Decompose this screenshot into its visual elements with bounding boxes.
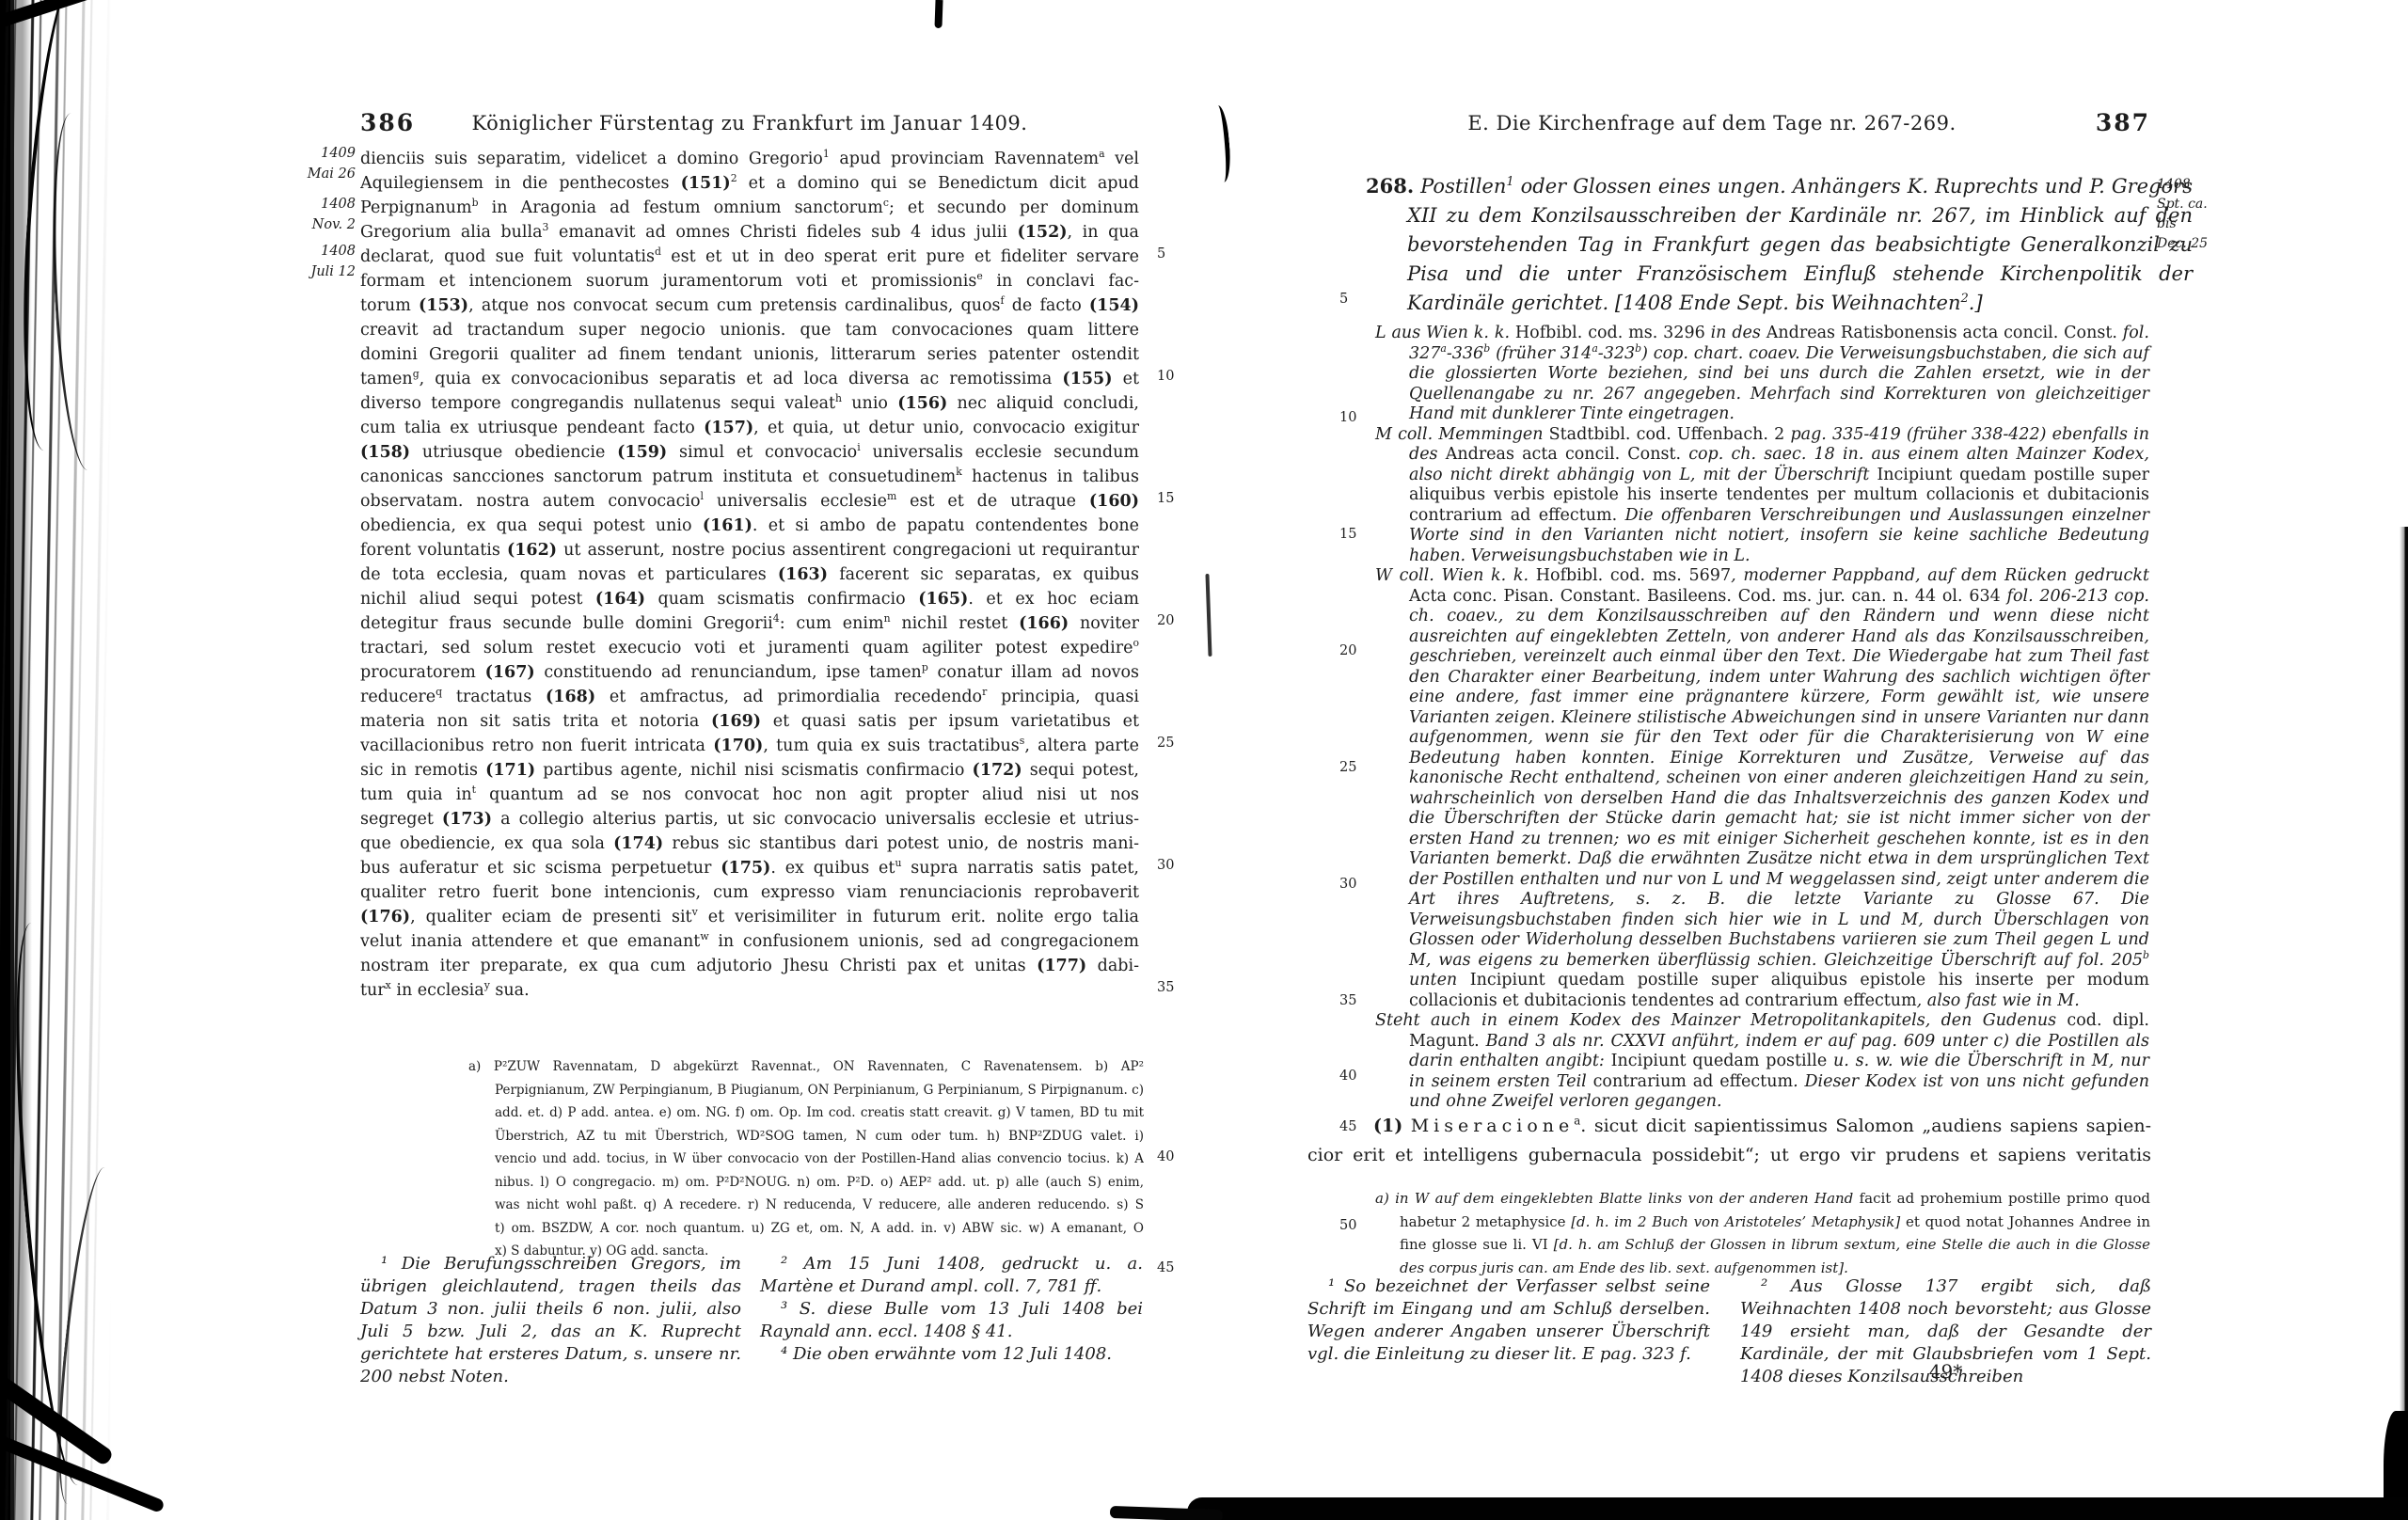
text-segment-b: (154) [1089, 296, 1139, 315]
text-segment-rm: Andreas [1446, 445, 1514, 464]
apparatus-line: t) om. BSZDW, A cor. noch quantum. u) ZG… [468, 1217, 1144, 1241]
text-segment-sup: 1 [823, 148, 830, 160]
body-line: formam et intencionem suorum juramentoru… [360, 269, 1139, 293]
text-segment-b: (175) [721, 859, 770, 878]
text-segment-rm: cod. Uffenbach. 2 [1637, 425, 1785, 444]
line-number: 35 [1339, 993, 1356, 1008]
text-segment-b: (162) [507, 541, 557, 560]
text-segment-b: (159) [617, 443, 667, 462]
text-segment-b: (168) [546, 688, 595, 706]
margin-date-year: 1408 [277, 194, 356, 214]
text-segment-rm: Incipiunt quedam postille [1611, 1052, 1828, 1070]
text-segment-sup: 3 [543, 221, 549, 233]
critical-apparatus: a) P²ZUW Ravennatam, D abgekürzt Ravenna… [468, 1055, 1144, 1263]
source-entry: Steht auch in einem Kodex des Mainzer Me… [1375, 1011, 2149, 1113]
text-segment-sup: a [1440, 342, 1446, 355]
text-segment-sup: a [1574, 1115, 1580, 1128]
text-segment-rm: acta concil. Const. [1522, 445, 1681, 464]
margin-date-range: 1408Spt. ca.bisDec. 25 [2157, 175, 2219, 254]
body-text-right: (1) Miseracionea. sicut dicit sapientiss… [1307, 1112, 2151, 1170]
scan-artifact-squiggle [1208, 104, 1232, 182]
text-segment-sup: x [386, 979, 391, 991]
body-line: forent voluntatis (162) ut asserunt, nos… [360, 538, 1139, 562]
scan-artifact-right-edge [2399, 527, 2408, 1520]
body-line: velut inania attendere et que emanantw i… [360, 929, 1139, 954]
text-segment-sup: b [2143, 949, 2149, 961]
line-number: 30 [1157, 858, 1174, 873]
text-segment-rm: acta concil. Const. [1963, 324, 2117, 342]
text-segment-b: (173) [442, 810, 492, 829]
text-segment-sp: Miseracione [1411, 1116, 1575, 1136]
apparatus-line: add. et. d) P add. antea. e) om. NG. f) … [468, 1101, 1144, 1125]
margin-date: 1409 Mai 26 [277, 143, 356, 184]
text-segment-sup: o [1133, 637, 1139, 649]
body-line: dienciis suis separatim, videlicet a dom… [360, 147, 1139, 171]
apparatus-line: was nicht wohl paßt. q) A recedere. r) N… [468, 1194, 1144, 1217]
scan-artifact-dash [934, 0, 943, 28]
text-segment-sup: 2 [731, 172, 737, 184]
line-number: 40 [1339, 1069, 1356, 1084]
line-number: 35 [1157, 980, 1174, 995]
text-segment-b: (163) [778, 565, 828, 584]
body-line: observatam. nostra autem convocaciol uni… [360, 489, 1139, 514]
text-segment-rm: Stadtbibl. [1549, 425, 1631, 444]
source-description: L aus Wien k. k. Hofbibl. cod. ms. 3296 … [1375, 324, 2149, 1113]
margin-date-line: Spt. ca. [2157, 195, 2219, 214]
margin-date: 1408 Nov. 2 [277, 194, 356, 235]
line-number: 25 [1157, 736, 1174, 751]
text-segment-rm: Acta conc. Pisan. Constant. Basileens. [1409, 587, 1732, 606]
text-segment-sup: u [895, 857, 901, 869]
margin-date-line: Dec. 25 [2157, 234, 2219, 254]
footnote: ² Am 15 Juni 1408, gedruckt u. a. Martèn… [760, 1253, 1143, 1298]
text-segment-sup: i [857, 441, 860, 453]
apparatus-line: vencio und add. tocius, in W über convoc… [468, 1148, 1144, 1171]
text-segment-rm: Andreas Ratisbonensis [1766, 324, 1957, 342]
text-segment-b: (174) [613, 834, 663, 853]
source-entry: W coll. Wien k. k. Hofbibl. cod. ms. 569… [1375, 566, 2149, 1011]
line-number: 15 [1157, 491, 1174, 506]
text-segment-b: (169) [711, 712, 761, 731]
text-segment-sup: q [436, 686, 442, 698]
line-number: 15 [1339, 527, 1356, 542]
text-segment-rm: Cod. ms. jur. can. n. 44 ol. 634 [1738, 587, 2001, 606]
body-line: torum (153), atque nos convocat secum cu… [360, 293, 1139, 318]
line-number: 20 [1157, 613, 1174, 628]
body-line: segreget (173) a collegio alterius parti… [360, 807, 1139, 831]
text-segment-b: (171) [485, 761, 535, 780]
margin-date-line: 1408 [2157, 175, 2219, 195]
text-segment-b: (153) [419, 296, 468, 315]
text-segment-sup: g [413, 368, 420, 380]
text-segment-sup: r [982, 686, 987, 698]
body-line: turx in ecclesiay sua. [360, 978, 1139, 1003]
text-segment-b: (160) [1089, 492, 1139, 511]
text-segment-sup: w [700, 930, 708, 942]
apparatus-line: a) P²ZUW Ravennatam, D abgekürzt Ravenna… [468, 1055, 1144, 1079]
text-segment-b: (176) [360, 908, 410, 926]
body-line: Gregorium alia bulla3 emanavit ad omnes … [360, 220, 1139, 245]
footnote: ¹ Die Berufungsschreiben Gregors, im übr… [360, 1253, 741, 1388]
body-line: cum talia ex utriusque pendeant facto (1… [360, 416, 1139, 440]
body-line: bus auferatur et sic scisma perpetuetur … [360, 856, 1139, 880]
margin-date-day: Juli 12 [277, 261, 356, 282]
line-number: 5 [1339, 292, 1348, 307]
margin-date-line: bis [2157, 214, 2219, 234]
text-segment-sup: y [484, 979, 490, 991]
item-heading-268: 268. Postillen1 oder Glossen eines ungen… [1366, 171, 2193, 318]
body-line: materia non sit satis trita et notoria (… [360, 709, 1139, 734]
text-segment-b: 268. [1366, 174, 1414, 198]
text-segment-rm: cod. dipl. Magunt. [1409, 1011, 2149, 1051]
line-number: 40 [1157, 1149, 1174, 1164]
body-line: canonicas sancciones sanctorum patrum in… [360, 465, 1139, 489]
text-segment-sup: b [1483, 342, 1490, 355]
text-segment-b: (157) [704, 419, 753, 437]
body-line: creavit ad tractandum super negocio unio… [360, 318, 1139, 342]
text-segment-sup: b [1635, 342, 1641, 355]
line-number: 20 [1339, 643, 1356, 658]
text-segment-sup: b [472, 197, 479, 209]
text-segment-b: (164) [595, 590, 645, 609]
footnote: ³ S. diese Bulle vom 13 Juli 1408 bei Ra… [760, 1298, 1143, 1343]
text-segment-b: (166) [1019, 614, 1069, 633]
footnotes-left-column: ¹ Die Berufungsschreiben Gregors, im übr… [360, 1253, 741, 1388]
footnote: ⁴ Die oben erwähnte vom 12 Juli 1408. [760, 1343, 1143, 1366]
body-line: (1) Miseracionea. sicut dicit sapientiss… [1307, 1112, 2151, 1141]
text-segment-sup: d [655, 245, 661, 258]
text-segment-sup: m [887, 490, 896, 502]
text-segment-b: (177) [1037, 957, 1086, 975]
body-line: procuratorem (167) constituendo ad renun… [360, 660, 1139, 685]
text-segment-sup: k [956, 466, 962, 478]
text-segment-b: (158) [360, 443, 410, 462]
margin-date: 1408 Juli 12 [277, 241, 356, 282]
text-segment-b: (167) [485, 663, 535, 682]
text-segment-rm: Incipiunt quedam postille super aliquibu… [1409, 971, 2149, 1010]
body-line: cior erit et intelligens gubernacula pos… [1307, 1141, 2151, 1170]
body-line: Aquilegiensem in die penthecostes (151)2… [360, 171, 1139, 196]
text-segment-sup: c [883, 197, 889, 209]
body-line: tameng, quia ex convocacionibus separati… [360, 367, 1139, 391]
text-segment-sup: f [1001, 294, 1005, 307]
text-segment-b: (155) [1062, 370, 1112, 388]
body-text-left: dienciis suis separatim, videlicet a dom… [360, 147, 1139, 1003]
running-head-right: E. Die Kirchenfrage auf dem Tage nr. 267… [1307, 112, 2116, 135]
text-segment-b: (1) [1373, 1116, 1402, 1136]
apparatus-line: nibus. l) O congregacio. m) om. P²D²NOUG… [468, 1171, 1144, 1195]
body-line: obediencia, ex qua sequi potest unio (16… [360, 514, 1139, 538]
line-number: 25 [1339, 760, 1356, 775]
body-line: qualiter retro fuerit bone intencionis, … [360, 880, 1139, 905]
body-line: domini Gregorii qualiter ad finem tendan… [360, 342, 1139, 367]
body-line: detegitur fraus secunde bulle domini Gre… [360, 611, 1139, 636]
body-line: de tota ecclesia, quam novas et particul… [360, 562, 1139, 587]
text-segment-sup: 4 [773, 612, 780, 625]
text-segment-b: (161) [703, 516, 752, 535]
scan-artifact-bottom-band [1187, 1497, 2408, 1520]
text-segment-sup: a [1099, 148, 1104, 160]
text-segment-sup: p [922, 661, 928, 673]
line-number: 5 [1157, 246, 1165, 261]
text-segment-sup: h [835, 392, 842, 404]
line-number: 30 [1339, 877, 1356, 892]
text-segment-sup: e [976, 270, 982, 282]
body-line: (176), qualiter eciam de presenti sitv e… [360, 905, 1139, 929]
line-number: 10 [1157, 369, 1174, 384]
signature-mark: 49* [1740, 1360, 2151, 1383]
scanned-book-spread: { "left_page": { "page_number": "386", "… [0, 0, 2408, 1520]
running-head-left: Königlicher Fürstentag zu Frankfurt im J… [360, 112, 1139, 135]
text-segment-sup: v [692, 906, 698, 918]
text-segment-b: (170) [713, 736, 763, 755]
text-segment-b: (172) [973, 761, 1022, 780]
line-number: 50 [1339, 1218, 1356, 1233]
line-number: 10 [1339, 410, 1356, 425]
body-line: vacillacionibus retro non fuerit intrica… [360, 734, 1139, 758]
source-entry: M coll. Memmingen Stadtbibl. cod. Uffenb… [1375, 425, 2149, 567]
text-segment-sup: 1 [1506, 175, 1513, 189]
apparatus-line: Perpignianum, ZW Perpingianum, B Piugian… [468, 1079, 1144, 1102]
page-number-right: 387 [2094, 109, 2150, 136]
apparatus-line: Überstrich, AZ tu mit Überstrich, WD²SOG… [468, 1125, 1144, 1148]
text-segment-sup: l [701, 490, 704, 502]
body-line: nichil aliud sequi potest (164) quam sci… [360, 587, 1139, 611]
body-line: Perpignanumb in Aragonia ad festum omniu… [360, 196, 1139, 220]
body-line: (158) utriusque obediencie (159) simul e… [360, 440, 1139, 465]
body-line: tractari, sed solum restet execucio voti… [360, 636, 1139, 660]
margin-date-year: 1409 [277, 143, 356, 164]
text-segment-b: (151) [681, 174, 731, 193]
footnotes-right-column: ² Am 15 Juni 1408, gedruckt u. a. Martèn… [760, 1253, 1143, 1366]
margin-date-day: Nov. 2 [277, 214, 356, 235]
text-segment-sup: 2 [1960, 292, 1968, 306]
body-line: diverso tempore congregandis nullatenus … [360, 391, 1139, 416]
text-segment-rm: Hofbibl. [1536, 566, 1603, 585]
text-segment-rm: contrarium ad effectum [1593, 1072, 1793, 1091]
footnotes-left-column: ¹ So bezeichnet der Verfasser selbst sei… [1307, 1275, 1710, 1366]
body-line: tum quia int quantum ad se nos convocat … [360, 783, 1139, 807]
variant-note-a: a) in W auf dem eingeklebten Blatte link… [1375, 1187, 2150, 1279]
body-line: sic in remotis (171) partibus agente, ni… [360, 758, 1139, 783]
body-line: que obediencie, ex qua sola (174) rebus … [360, 831, 1139, 856]
text-segment-rm: cod. ms. 3296 [1588, 324, 1705, 342]
text-segment-rm: Hofbibl. [1515, 324, 1582, 342]
body-line: declarat, quod sue fuit voluntatisd est … [360, 245, 1139, 269]
body-line: nostram iter preparate, ex qua cum adjut… [360, 954, 1139, 978]
text-segment-sup: a [1592, 342, 1597, 355]
text-segment-rm: cod. ms. 5697 [1610, 566, 1731, 585]
text-segment-rm: Incipiunt quedam postille super aliquibu… [1409, 466, 2149, 525]
margin-date-year: 1408 [277, 241, 356, 261]
text-segment-b: (152) [1017, 223, 1067, 242]
text-segment-sup: n [884, 612, 891, 625]
source-entry: L aus Wien k. k. Hofbibl. cod. ms. 3296 … [1375, 324, 2149, 425]
text-segment-b: (165) [918, 590, 968, 609]
text-segment-sup: t [472, 784, 476, 796]
footnote: ¹ So bezeichnet der Verfasser selbst sei… [1307, 1275, 1710, 1366]
body-line: reducereq tractatus (168) et amfractus, … [360, 685, 1139, 709]
text-segment-sup: s [1020, 735, 1025, 747]
scan-artifact-dash [1205, 574, 1212, 657]
margin-date-day: Mai 26 [277, 164, 356, 184]
line-number: 45 [1157, 1260, 1174, 1275]
text-segment-b: (156) [897, 394, 947, 413]
